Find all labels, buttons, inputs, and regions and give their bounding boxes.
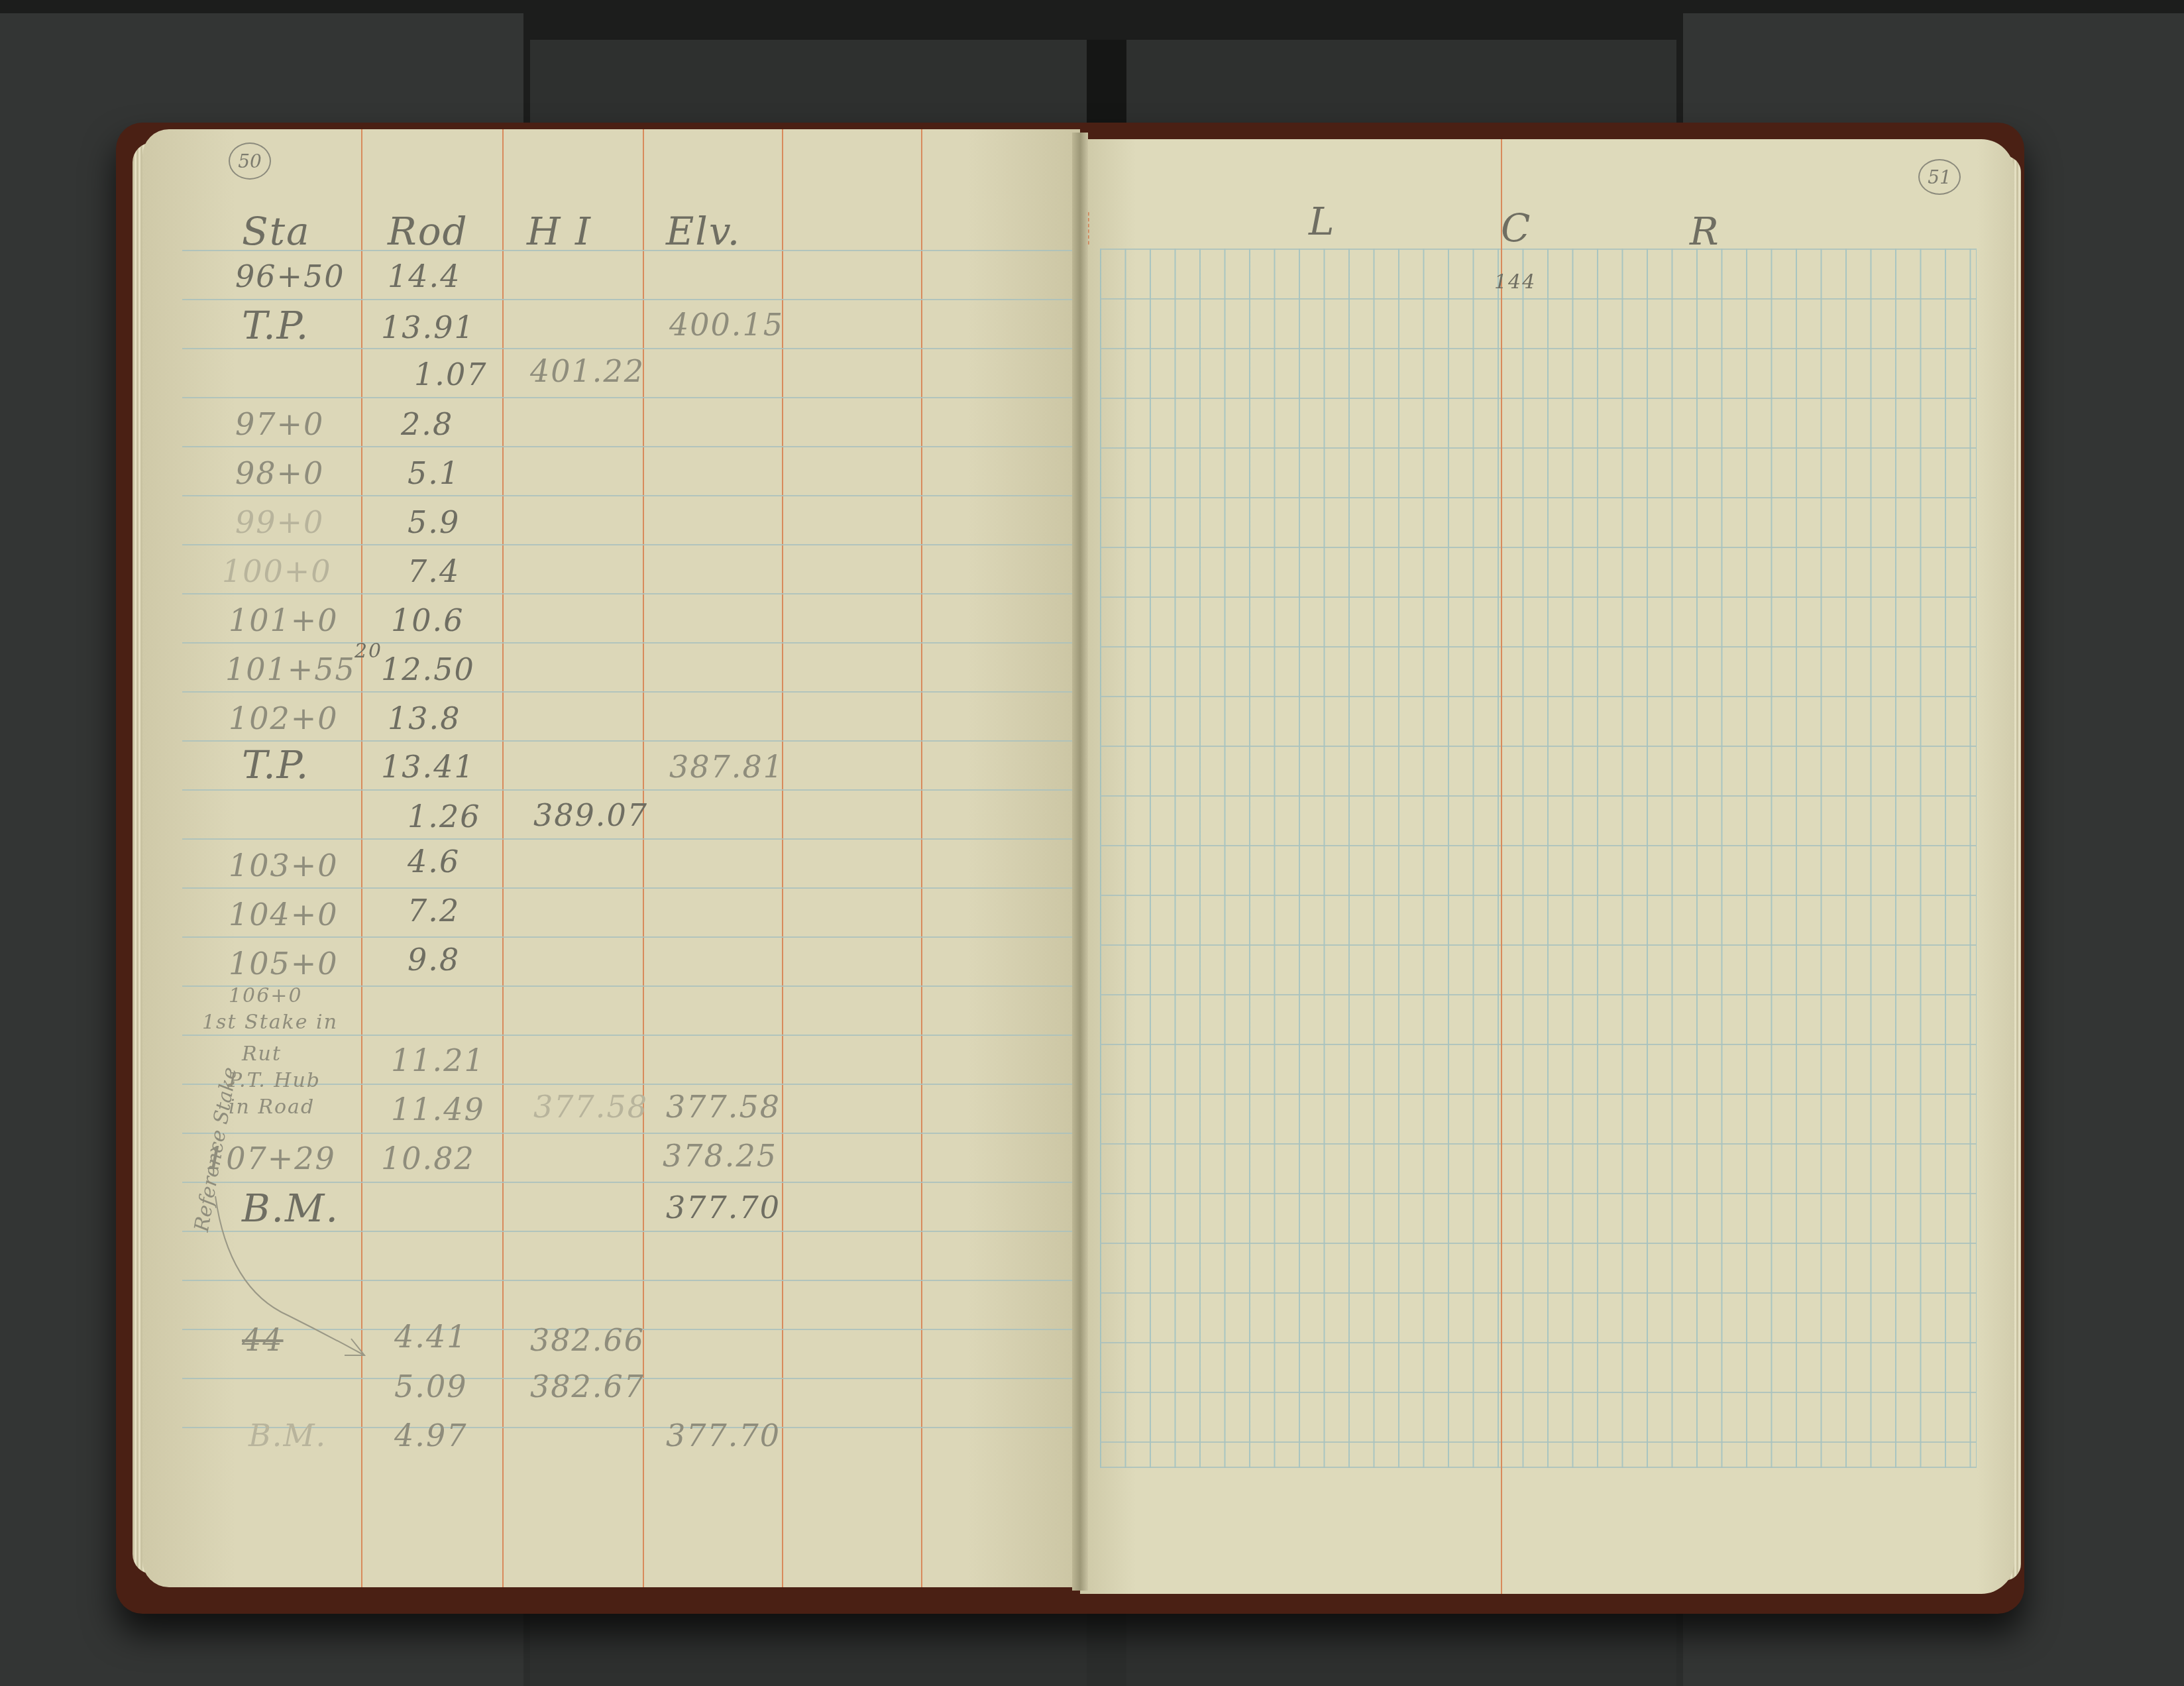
cell-station: 100+0: [222, 553, 332, 589]
cell-rod: 9.8: [408, 942, 460, 978]
cell-station: T.P.: [242, 742, 309, 787]
grid-row-line: [1100, 1094, 1976, 1095]
cell-station: 101+0: [229, 602, 339, 638]
cell-rod: 10.6: [391, 602, 464, 638]
grid-row-line: [1100, 1243, 1976, 1244]
header-elevation: Elv.: [666, 209, 741, 254]
cell-station: 103+0: [229, 848, 339, 883]
grid-row-line: [1100, 298, 1976, 300]
cell-station: 96+50: [235, 258, 345, 294]
cell-hi: 389.07: [533, 797, 648, 833]
grid-row-line: [1100, 944, 1976, 946]
grid-row-line: [1100, 348, 1976, 349]
header-station: Sta: [242, 209, 311, 254]
cell-elev: 377.70: [666, 1418, 781, 1453]
grid-row-line: [1100, 795, 1976, 797]
rule-line: [182, 1182, 1080, 1183]
rule-line: [182, 985, 1080, 987]
rule-line: [182, 1035, 1080, 1036]
page-number-right: 51: [1918, 159, 1961, 195]
pencil-arrow-icon: [209, 1190, 381, 1362]
grid-row-line: [1100, 646, 1976, 647]
cell-station: P.T. Hub: [229, 1069, 321, 1092]
grid-row-line: [1100, 895, 1976, 896]
cell-rod: 4.6: [408, 844, 460, 879]
grid-row-line: [1100, 1342, 1976, 1343]
cell-station: 97+0: [235, 406, 324, 442]
gutter-shadow: [1072, 133, 1088, 1591]
rule-line: [182, 593, 1080, 594]
cell-elev: 377.58: [666, 1089, 781, 1125]
grid-row-line: [1100, 497, 1976, 498]
right-page: ▮▮▮▮▮▮ 51 L C R 144: [1080, 139, 2014, 1594]
cell-rod: 2.8: [401, 406, 453, 442]
graph-grid: [1100, 249, 1977, 1468]
cell-elev: 378.25: [663, 1138, 777, 1174]
left-page: 50 Sta Rod H I Elv. 96+50 14.4 T.P. 13.9…: [142, 129, 1080, 1587]
cell-station: 98+0: [235, 455, 324, 491]
rule-line: [182, 446, 1080, 447]
cell-rod: 13.91: [381, 309, 475, 345]
cell-rod: 10.82: [381, 1141, 475, 1176]
rule-line: [182, 740, 1080, 742]
cell-rod: 13.41: [381, 749, 475, 785]
grid-row-line: [1100, 845, 1976, 846]
rule-line: [182, 789, 1080, 791]
cell-rod: 1.26: [408, 799, 480, 834]
grid-row-line: [1100, 547, 1976, 548]
header-rod: Rod: [388, 209, 468, 254]
rule-line: [182, 250, 1080, 251]
grid-row-line: [1100, 398, 1976, 399]
cell-rod: 7.2: [408, 893, 460, 928]
red-rule-center: [1501, 139, 1502, 1594]
grid-row-line: [1100, 596, 1976, 598]
page-number-left: 50: [229, 142, 271, 180]
cell-station-line2: in Road: [229, 1096, 315, 1119]
cell-station: B.M.: [248, 1418, 327, 1453]
rule-line: [182, 397, 1080, 398]
grid-row-line: [1100, 1467, 1976, 1468]
cell-station: 101+55: [225, 651, 356, 687]
grid-row-line: [1100, 447, 1976, 449]
grid-row-line: [1100, 1392, 1976, 1393]
cell-rod: 13.8: [388, 701, 461, 736]
rule-line: [182, 1133, 1080, 1134]
cell-rod: 4.41: [394, 1319, 467, 1355]
grid-row-line: [1100, 994, 1976, 995]
header-hi: H I: [527, 209, 592, 254]
cell-station-line2: 1st Stake in: [202, 1011, 338, 1034]
station-note: 20: [355, 640, 382, 663]
cell-station: 106+0: [229, 984, 302, 1007]
rule-line: [182, 691, 1080, 693]
grid-row-line: [1100, 1441, 1976, 1443]
center-entry: 144: [1494, 270, 1536, 294]
cell-hi: 382.67: [530, 1369, 645, 1404]
cell-hi-erased: 377.58: [533, 1089, 648, 1125]
cell-rod: 4.97: [394, 1418, 467, 1453]
cell-station: Rut: [242, 1042, 282, 1066]
cell-hi: 382.66: [530, 1322, 645, 1358]
cell-rod: 5.1: [408, 455, 460, 491]
grid-row-line: [1100, 1044, 1976, 1045]
header-center: C: [1501, 205, 1531, 251]
cell-rod: 11.21: [391, 1042, 485, 1078]
grid-row-line: [1100, 249, 1976, 250]
header-left: L: [1309, 199, 1336, 244]
grid-row-line: [1100, 696, 1976, 697]
grid-row-line: [1100, 746, 1976, 747]
rule-line: [182, 887, 1080, 889]
cell-station: 104+0: [229, 897, 339, 932]
cell-rod: 14.4: [388, 258, 461, 294]
cell-elev: 387.81: [669, 749, 784, 785]
rule-line: [182, 495, 1080, 496]
cell-elev: 377.70: [666, 1190, 781, 1225]
cell-elev: 400.15: [669, 307, 784, 343]
header-right: R: [1690, 209, 1720, 254]
grid-row-line: [1100, 1292, 1976, 1294]
grid-row-line: [1100, 1193, 1976, 1194]
rule-line: [182, 348, 1080, 349]
rule-line: [182, 838, 1080, 840]
rule-line: [182, 642, 1080, 644]
rule-line: [182, 936, 1080, 938]
cell-hi: 401.22: [530, 353, 645, 389]
rule-line: [182, 544, 1080, 545]
cell-station: 102+0: [229, 701, 339, 736]
cell-rod: 5.9: [408, 504, 460, 540]
cell-rod: 11.49: [391, 1092, 485, 1127]
cell-station: 99+0: [235, 504, 324, 540]
cell-rod: 1.07: [414, 357, 487, 392]
cell-rod: 7.4: [408, 553, 460, 589]
cell-rod: 12.50: [381, 651, 475, 687]
cell-rod: 5.09: [394, 1369, 467, 1404]
cell-station: T.P.: [242, 303, 309, 348]
cell-station: 105+0: [229, 946, 339, 982]
grid-row-line: [1100, 1143, 1976, 1145]
rule-line: [182, 299, 1080, 300]
